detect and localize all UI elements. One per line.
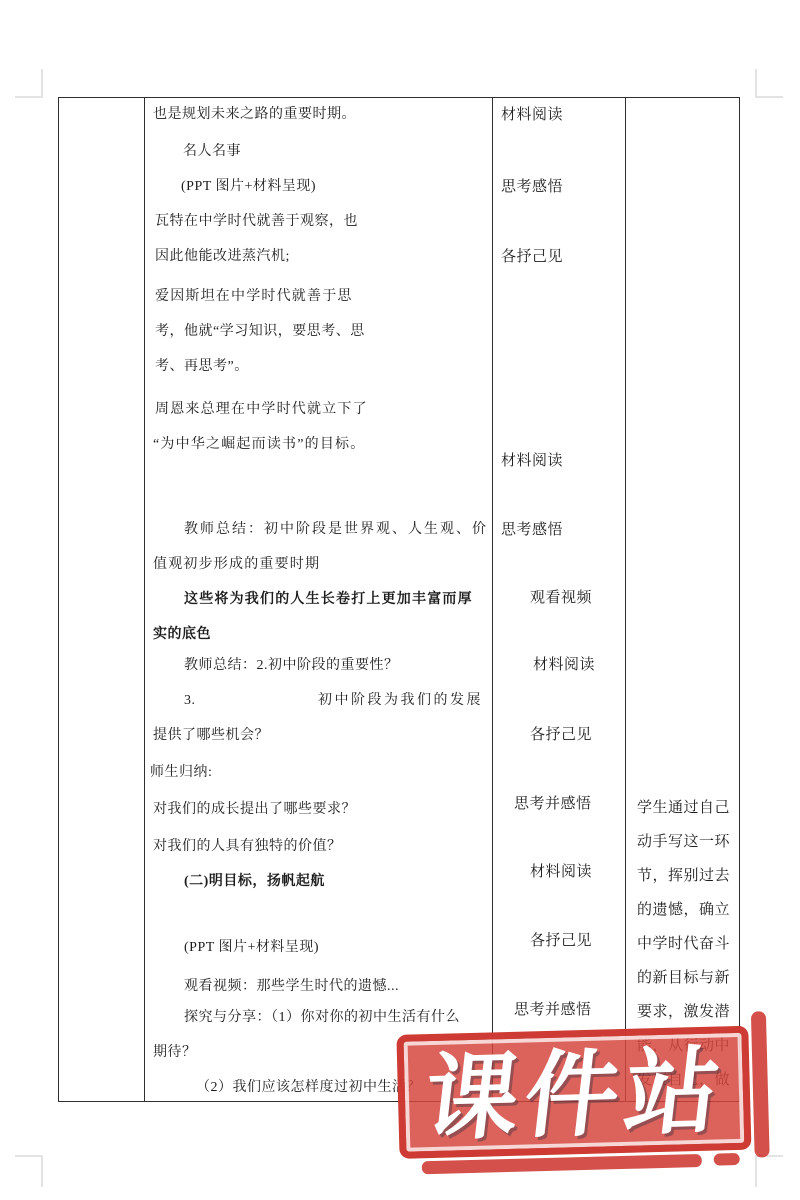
activity-label: 材料阅读 [501,451,563,471]
doc-line: 名人名事 [183,142,241,162]
doc-line: 对我们的人具有独特的价值？ [153,837,342,857]
note-line: 的遗憾，确立 [637,900,730,920]
doc-line: 初中阶段为我们的发展 [318,691,483,711]
doc-line: 教师总结：2.初中阶段的重要性？ [184,656,399,676]
doc-line: 教师总结：初中阶段是世界观、人生观、价 [184,520,488,540]
note-line: 中学时代奋斗 [637,934,730,954]
kejianzhan-stamp: 课件站 [396,1011,772,1179]
stamp-side-stroke [751,1011,770,1157]
doc-line: “为中华之崛起而读书”的目标。 [153,435,365,455]
margin-mark-bottom-left [15,1155,43,1187]
doc-line: 师生归纳: [150,763,212,783]
document-page: 也是规划未来之路的重要时期。 名人名事 (PPT 图片+材料呈现) 瓦特在中学时… [0,0,800,1200]
note-line: 的新目标与新 [637,968,730,988]
doc-line: 因此他能改进蒸汽机; [155,247,290,267]
doc-line: 周恩来总理在中学时代就立下了 [155,400,368,420]
doc-line: 这些将为我们的人生长卷打上更加丰富而厚 [184,590,473,610]
doc-line: (PPT 图片+材料呈现) [181,177,316,197]
column-divider-2 [492,98,494,1101]
doc-line: 观看视频：那些学生时代的遗憾... [184,977,399,997]
doc-line: 3. [184,691,196,711]
doc-line: (PPT 图片+材料呈现) [184,938,319,958]
activity-label: 思考感悟 [501,520,563,540]
activity-label: 材料阅读 [530,862,592,882]
note-line: 节，挥别过去 [637,866,730,886]
doc-line: 期待？ [153,1043,197,1063]
note-line: 学生通过自己 [637,798,730,818]
doc-line: 考，他就“学习知识，要思考、思 [155,322,365,342]
activity-label: 材料阅读 [501,105,563,125]
doc-line: 也是规划未来之路的重要时期。 [153,105,356,125]
doc-line: （2）我们应该怎样度过初中生活？ [196,1078,421,1098]
margin-mark-top-left [15,69,43,98]
stamp-bottom-dot [714,1153,740,1166]
doc-line: 对我们的成长提出了哪些要求？ [153,800,356,820]
doc-line: (二)明目标，扬帆起航 [184,872,325,892]
activity-label: 各抒己见 [530,931,592,951]
activity-label: 各抒己见 [530,725,592,745]
activity-label: 思考感悟 [501,177,563,197]
doc-line: 实的底色 [153,625,211,645]
margin-mark-top-right [755,69,783,98]
activity-label: 观看视频 [530,588,592,608]
doc-line: 值观初步形成的重要时期 [153,555,320,575]
doc-line: 提供了哪些机会？ [153,726,269,746]
column-divider-1 [144,98,146,1101]
column-divider-3 [625,98,627,1101]
stamp-frame: 课件站 [396,1026,751,1159]
activity-label: 材料阅读 [533,655,595,675]
note-line: 动手写这一环 [637,832,730,852]
stamp-text: 课件站 [419,1041,730,1149]
activity-label: 思考并感悟 [514,794,592,814]
doc-line: 考、再思考”。 [155,357,249,377]
doc-line: 瓦特在中学时代就善于观察，也 [155,212,358,232]
doc-line: 爱因斯坦在中学时代就善于思 [155,287,353,307]
activity-label: 各抒己见 [501,247,563,267]
